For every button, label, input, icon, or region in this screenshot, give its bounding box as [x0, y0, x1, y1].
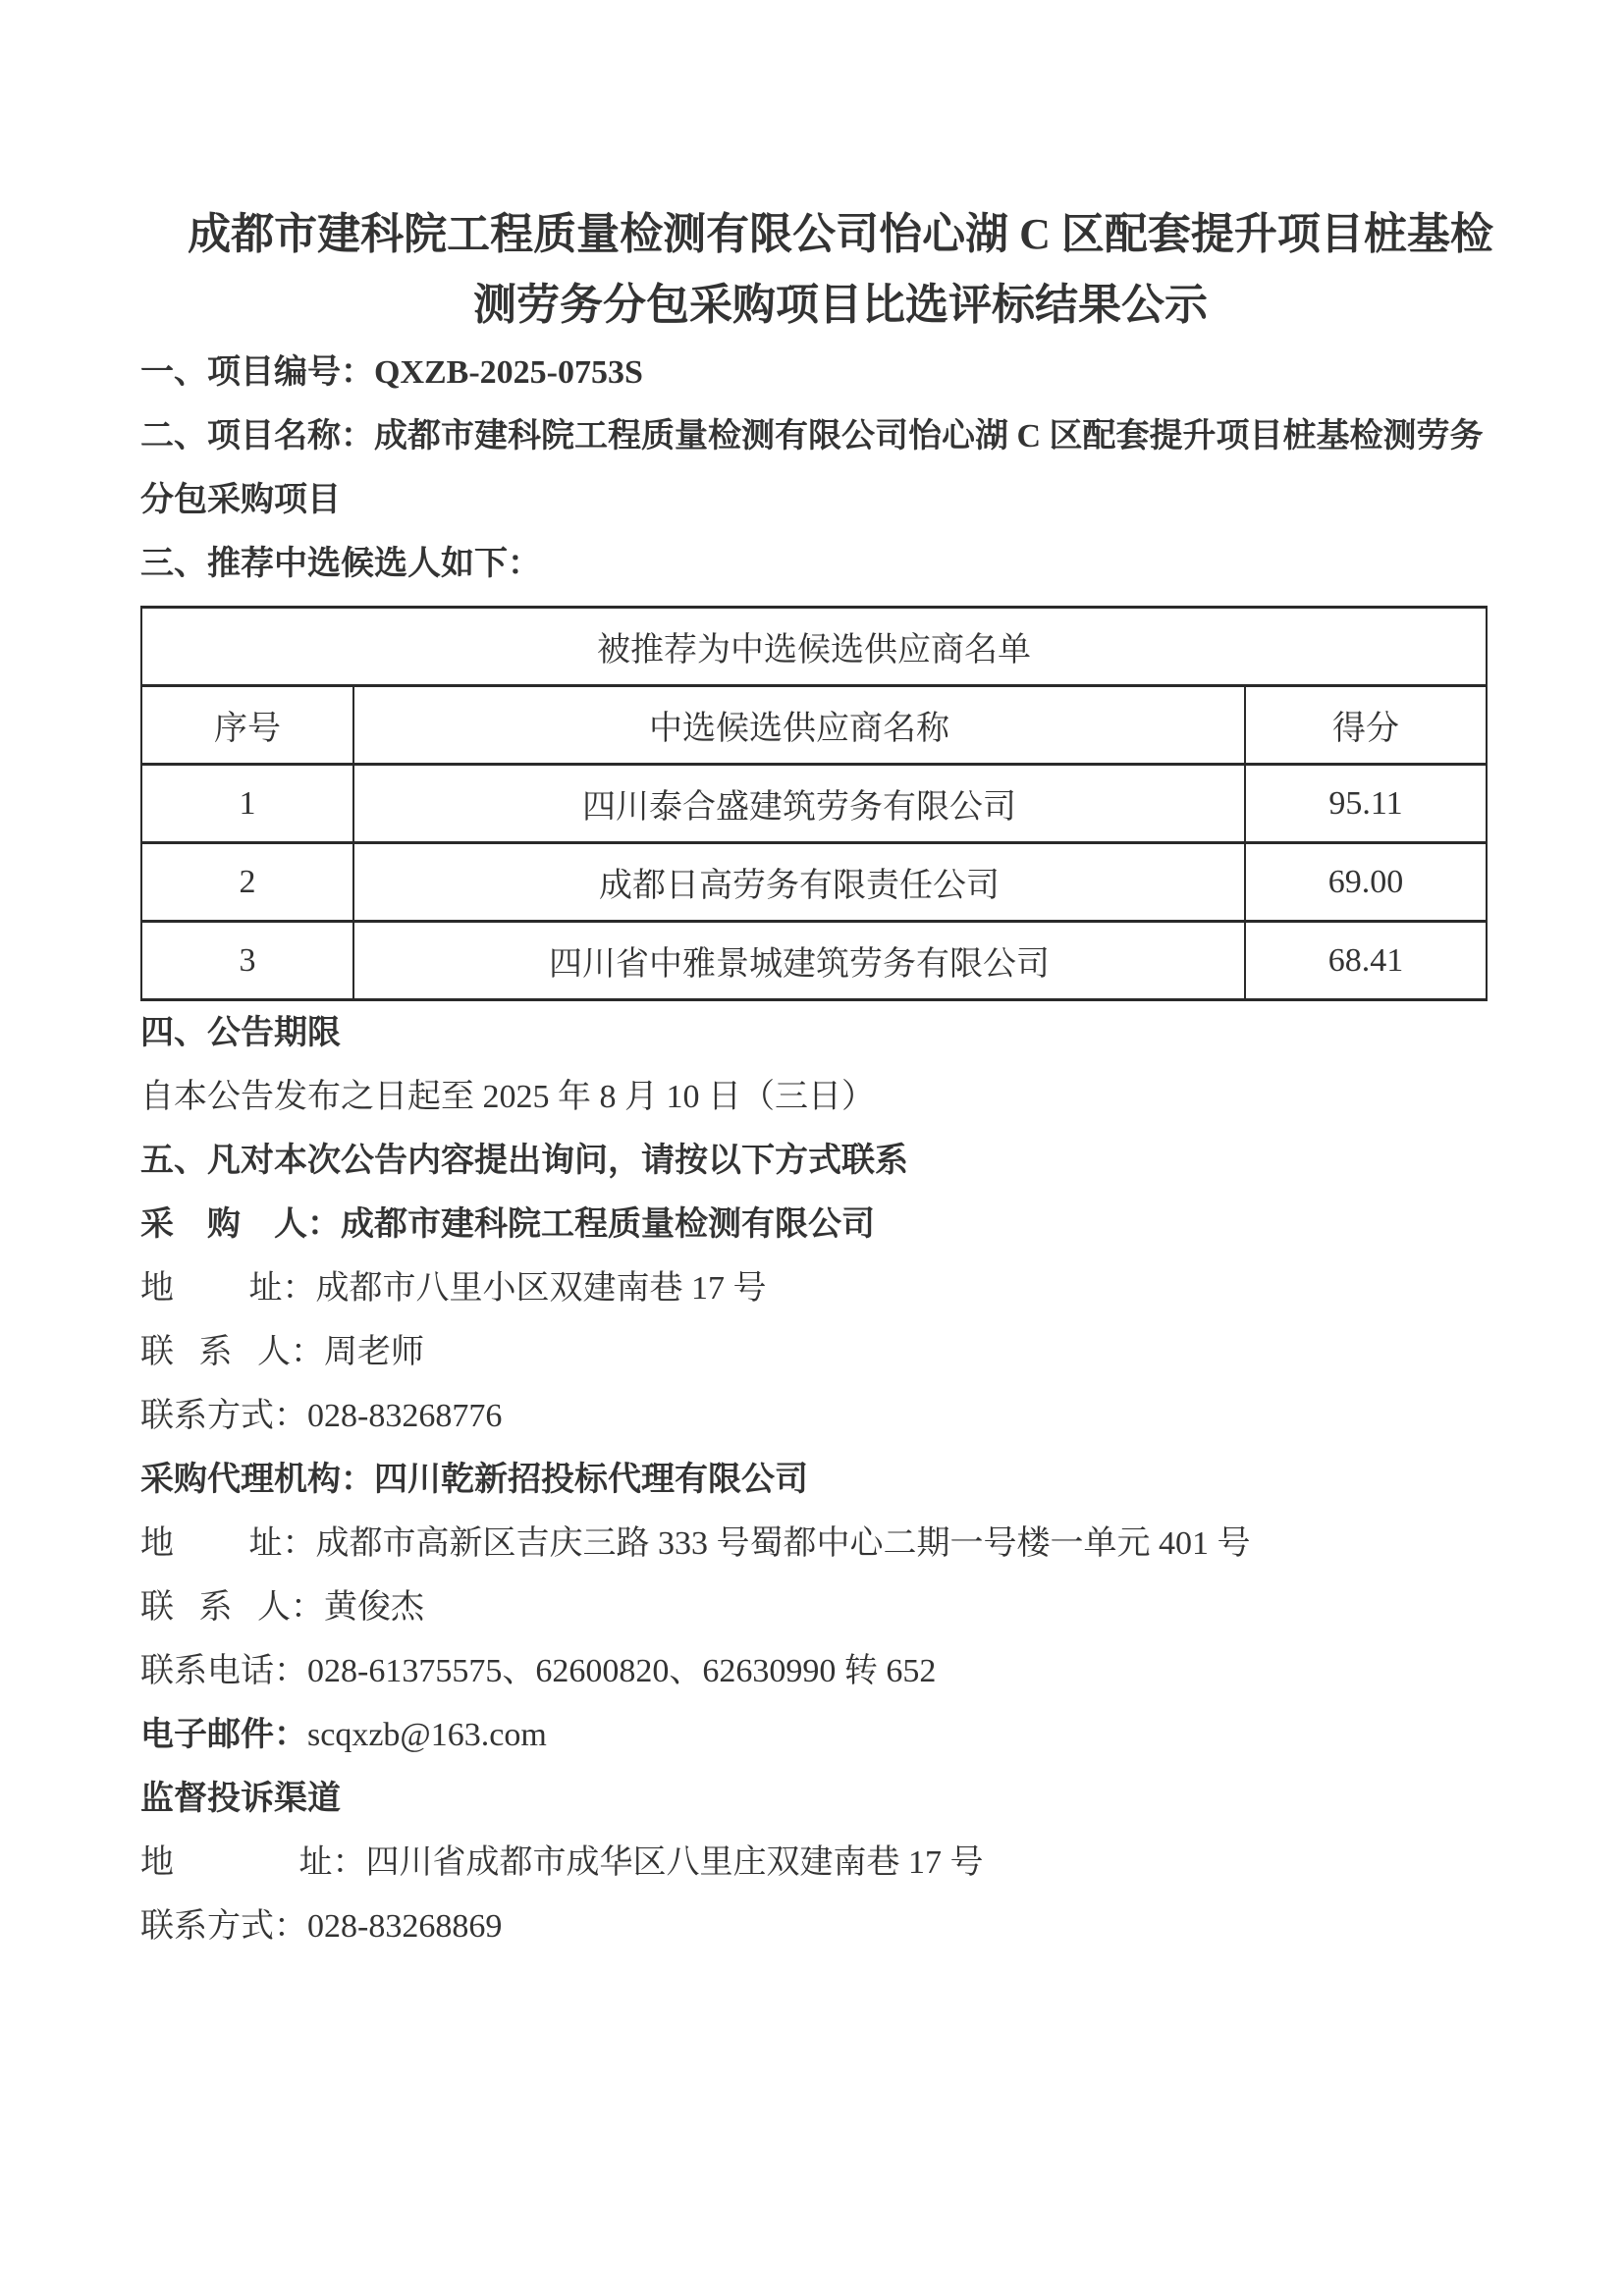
purchaser-address-line: 地 址：成都市八里小区双建南巷 17 号 [140, 1256, 1541, 1320]
agency-line: 采购代理机构：四川乾新招投标代理有限公司 [140, 1448, 1541, 1512]
inquiry-heading: 五、凡对本次公告内容提出询问，请按以下方式联系 [140, 1129, 1541, 1193]
purchaser-contact-line: 联 系 人：周老师 [140, 1320, 1541, 1384]
supervision-heading: 监督投诉渠道 [140, 1767, 1541, 1831]
candidates-table: 被推荐为中选候选供应商名单 序号 中选候选供应商名称 得分 1 四川泰合盛建筑劳… [140, 606, 1488, 1001]
cell-rank: 2 [141, 843, 353, 922]
table-caption-row: 被推荐为中选候选供应商名单 [141, 608, 1487, 686]
agency-phone-line: 联系电话：028-61375575、62600820、62630990 转 65… [140, 1639, 1541, 1703]
table-row: 2 成都日高劳务有限责任公司 69.00 [141, 843, 1487, 922]
document-title: 成都市建科院工程质量检测有限公司怡心湖 C 区配套提升项目桩基检 测劳务分包采购… [140, 199, 1541, 341]
header-cell-name: 中选候选供应商名称 [353, 686, 1245, 765]
purchaser-phone-line: 联系方式：028-83268776 [140, 1384, 1541, 1448]
candidates-heading: 三、推荐中选候选人如下： [140, 532, 1541, 596]
cell-supplier-name: 四川泰合盛建筑劳务有限公司 [353, 765, 1245, 843]
agency-contact-line: 联 系 人：黄俊杰 [140, 1575, 1541, 1639]
supervision-address-line: 地 址：四川省成都市成华区八里庄双建南巷 17 号 [140, 1831, 1541, 1895]
agency-email-line: 电子邮件：scqxzb@163.com [140, 1703, 1541, 1767]
cell-score: 69.00 [1245, 843, 1487, 922]
table-caption-cell: 被推荐为中选候选供应商名单 [141, 608, 1487, 686]
title-line-2: 测劳务分包采购项目比选评标结果公示 [140, 270, 1541, 341]
header-cell-no: 序号 [141, 686, 353, 765]
supervision-phone-line: 联系方式：028-83268869 [140, 1895, 1541, 1958]
table-row: 3 四川省中雅景城建筑劳务有限公司 68.41 [141, 922, 1487, 1000]
project-name-line-1: 二、项目名称：成都市建科院工程质量检测有限公司怡心湖 C 区配套提升项目桩基检测… [140, 404, 1541, 468]
agency-address-line: 地 址：成都市高新区吉庆三路 333 号蜀都中心二期一号楼一单元 401 号 [140, 1512, 1541, 1575]
email-value: scqxzb@163.com [307, 1717, 547, 1753]
cell-score: 95.11 [1245, 765, 1487, 843]
cell-supplier-name: 四川省中雅景城建筑劳务有限公司 [353, 922, 1245, 1000]
email-label: 电子邮件： [140, 1717, 307, 1753]
header-cell-score: 得分 [1245, 686, 1487, 765]
cell-rank: 1 [141, 765, 353, 843]
document-content: 成都市建科院工程质量检测有限公司怡心湖 C 区配套提升项目桩基检 测劳务分包采购… [140, 0, 1541, 1958]
project-number-line: 一、项目编号：QXZB-2025-0753S [140, 341, 1541, 404]
table-header-row: 序号 中选候选供应商名称 得分 [141, 686, 1487, 765]
cell-supplier-name: 成都日高劳务有限责任公司 [353, 843, 1245, 922]
title-line-1: 成都市建科院工程质量检测有限公司怡心湖 C 区配套提升项目桩基检 [140, 199, 1541, 270]
notice-period-heading: 四、公告期限 [140, 1001, 1541, 1065]
notice-period-body: 自本公告发布之日起至 2025 年 8 月 10 日（三日） [140, 1065, 1541, 1129]
table-row: 1 四川泰合盛建筑劳务有限公司 95.11 [141, 765, 1487, 843]
purchaser-line: 采 购 人：成都市建科院工程质量检测有限公司 [140, 1193, 1541, 1256]
announcement-document: 成都市建科院工程质量检测有限公司怡心湖 C 区配套提升项目桩基检 测劳务分包采购… [0, 0, 1624, 2296]
cell-rank: 3 [141, 922, 353, 1000]
cell-score: 68.41 [1245, 922, 1487, 1000]
project-name-line-2: 分包采购项目 [140, 468, 1541, 532]
